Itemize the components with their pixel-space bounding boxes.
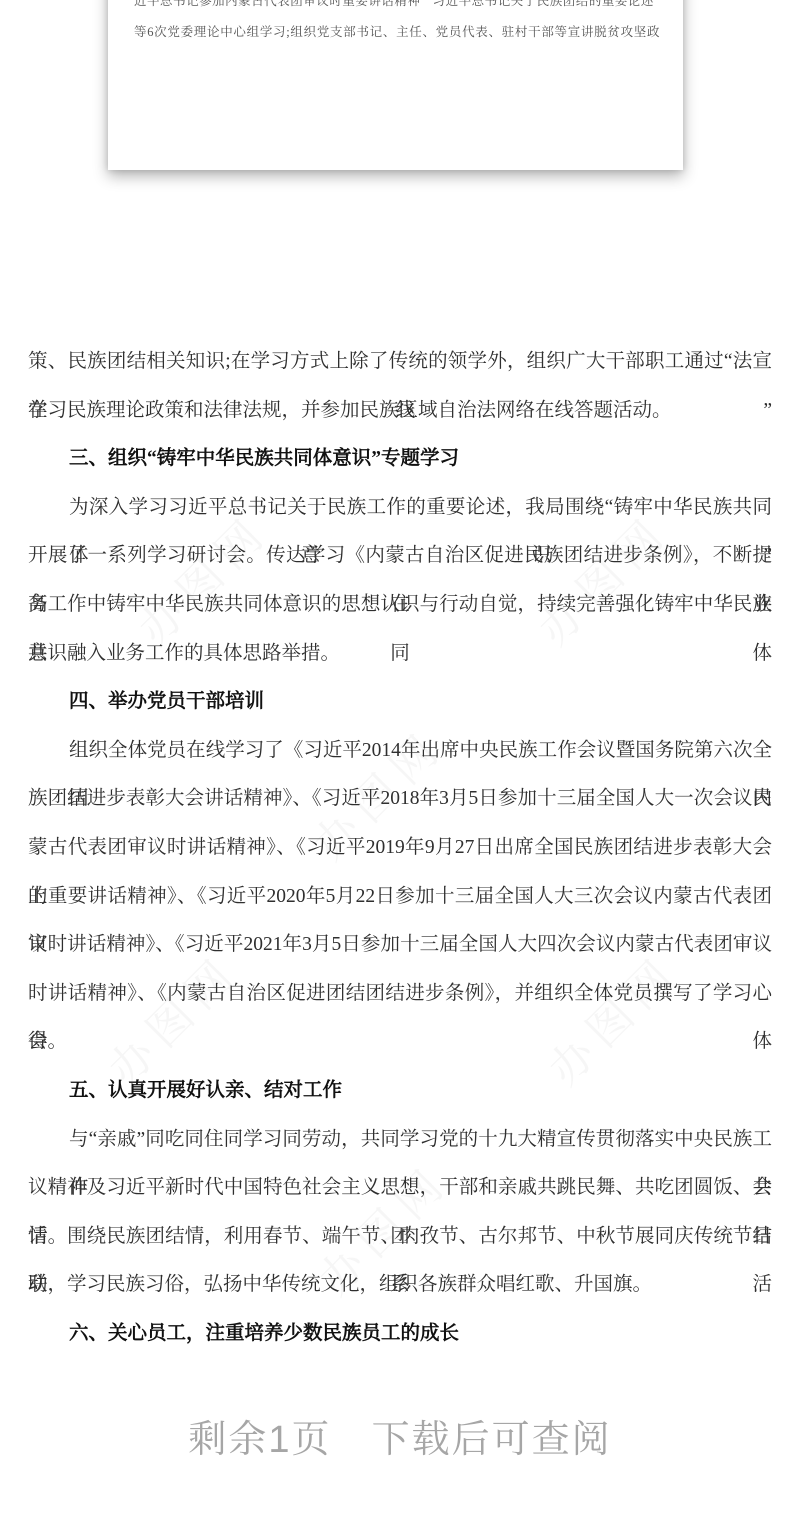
document-line: 开展了一系列学习研讨会。传达学习《内蒙古自治区促进民族团结进步条例》，不断提高在… bbox=[28, 532, 772, 581]
section-heading: 六、关心员工，注重培养少数民族员工的成长 bbox=[28, 1310, 772, 1359]
pages-remaining-label: 剩余1页 bbox=[188, 1419, 331, 1461]
document-line: 议精神及习近平新时代中国特色社会主义思想，干部和亲戚共跳民舞、共吃团圆饭、共话团… bbox=[28, 1164, 772, 1213]
document-line: 的重要讲话精神》、《习近平2020年5月22日参加十三届全国人大三次会议内蒙古代… bbox=[28, 873, 772, 922]
section-heading: 五、认真开展好认亲、结对工作 bbox=[28, 1067, 772, 1116]
page1-text-line: 近平总书记参加内蒙古代表团审议时重要讲话精神”“习近平总书记关于民族团结的重要论… bbox=[134, 0, 660, 9]
document-line: 策、民族团结相关知识;在学习方式上除了传统的领学外，组织广大干部职工通过“法宣在… bbox=[28, 338, 772, 387]
page1-preview-card: 近平总书记参加内蒙古代表团审议时重要讲话精神”“习近平总书记关于民族团结的重要论… bbox=[108, 0, 683, 170]
download-hint-label: 下载后可查阅 bbox=[372, 1419, 612, 1461]
page1-text-line: 等6次党委理论中心组学习;组织党支部书记、主任、党员代表、驻村干部等宣讲脱贫攻坚… bbox=[134, 24, 660, 40]
section-heading: 三、组织“铸牢中华民族共同体意识”专题学习 bbox=[28, 435, 772, 484]
document-line: 与“亲戚”同吃同住同学习同劳动，共同学习党的十九大精宣传贯彻落实中央民族工作会 bbox=[28, 1116, 772, 1165]
section-heading: 四、举办党员干部培训 bbox=[28, 678, 772, 727]
document-line: 学习民族理论政策和法律法规，并参加民族区域自治法网络在线答题活动。 bbox=[28, 387, 772, 436]
page2-content: 策、民族团结相关知识;在学习方式上除了传统的领学外，组织广大干部职工通过“法宣在… bbox=[28, 338, 772, 1358]
document-line: 组织全体党员在线学习了《习近平2014年出席中央民族工作会议暨国务院第六次全国民 bbox=[28, 727, 772, 776]
document-line: 情。围绕民族团结情，利用春节、端午节、肉孜节、古尔邦节、中秋节展同庆传统节日联系… bbox=[28, 1213, 772, 1262]
document-line: 蒙古代表团审议时讲话精神》、《习近平2019年9月27日出席全国民族团结进步表彰… bbox=[28, 824, 772, 873]
document-line: 时讲话精神》、《内蒙古自治区促进团结团结进步条例》，并组织全体党员撰写了学习心得… bbox=[28, 970, 772, 1019]
document-line: 务工作中铸牢中华民族共同体意识的思想认识与行动自觉，持续完善强化铸牢中华民族共同… bbox=[28, 581, 772, 630]
document-line: 族团结进步表彰大会讲话精神》、《习近平2018年3月5日参加十三届全国人大一次会… bbox=[28, 775, 772, 824]
document-line: 为深入学习习近平总书记关于民族工作的重要论述，我局围绕“铸牢中华民族共同体意识” bbox=[28, 484, 772, 533]
pages-remaining-bar: 剩余1页下载后可查阅 bbox=[0, 1408, 800, 1463]
document-line: 议时讲话精神》、《习近平2021年3月5日参加十三届全国人大四次会议内蒙古代表团… bbox=[28, 921, 772, 970]
